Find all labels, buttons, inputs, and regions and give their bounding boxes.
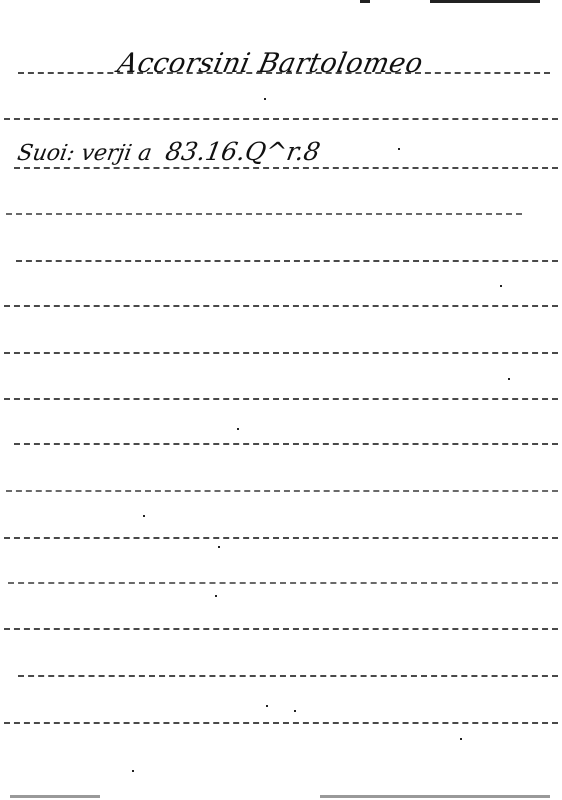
ruled-line	[4, 305, 558, 307]
scan-edge-mark	[320, 795, 550, 798]
entry-label: Suoi: verji a	[15, 141, 153, 166]
ruled-line	[14, 443, 558, 445]
ruled-line	[14, 167, 558, 169]
ink-speck	[215, 595, 217, 597]
ink-speck	[508, 378, 510, 380]
ruled-line	[4, 398, 558, 400]
ruled-line	[4, 722, 558, 724]
ink-speck	[266, 705, 268, 707]
entry-amount: 83.16.Q^r.8	[163, 137, 322, 166]
ink-speck	[264, 98, 266, 100]
ruled-line	[4, 118, 558, 120]
ledger-heading: Accorsini Bartolomeo	[115, 48, 426, 79]
ink-speck	[398, 148, 400, 150]
ink-speck	[218, 546, 220, 548]
scan-edge-mark	[430, 0, 540, 3]
ruled-line	[8, 582, 558, 584]
ruled-line	[18, 675, 558, 677]
ruled-line	[16, 260, 558, 262]
ink-speck	[237, 428, 239, 430]
ruled-line	[4, 628, 558, 630]
ruled-line	[18, 72, 550, 74]
scan-edge-mark	[360, 0, 370, 3]
ledger-page: Accorsini Bartolomeo Suoi: verji a83.16.…	[0, 0, 562, 800]
ruled-line	[6, 213, 522, 215]
ink-speck	[294, 710, 296, 712]
ink-speck	[132, 770, 134, 772]
ink-speck	[500, 285, 502, 287]
ruled-line	[6, 490, 558, 492]
ruled-line	[4, 352, 558, 354]
scan-edge-mark	[10, 795, 100, 798]
ledger-entry: Suoi: verji a83.16.Q^r.8	[15, 137, 322, 166]
ruled-line	[4, 537, 558, 539]
ink-speck	[460, 738, 462, 740]
ink-speck	[143, 515, 145, 517]
